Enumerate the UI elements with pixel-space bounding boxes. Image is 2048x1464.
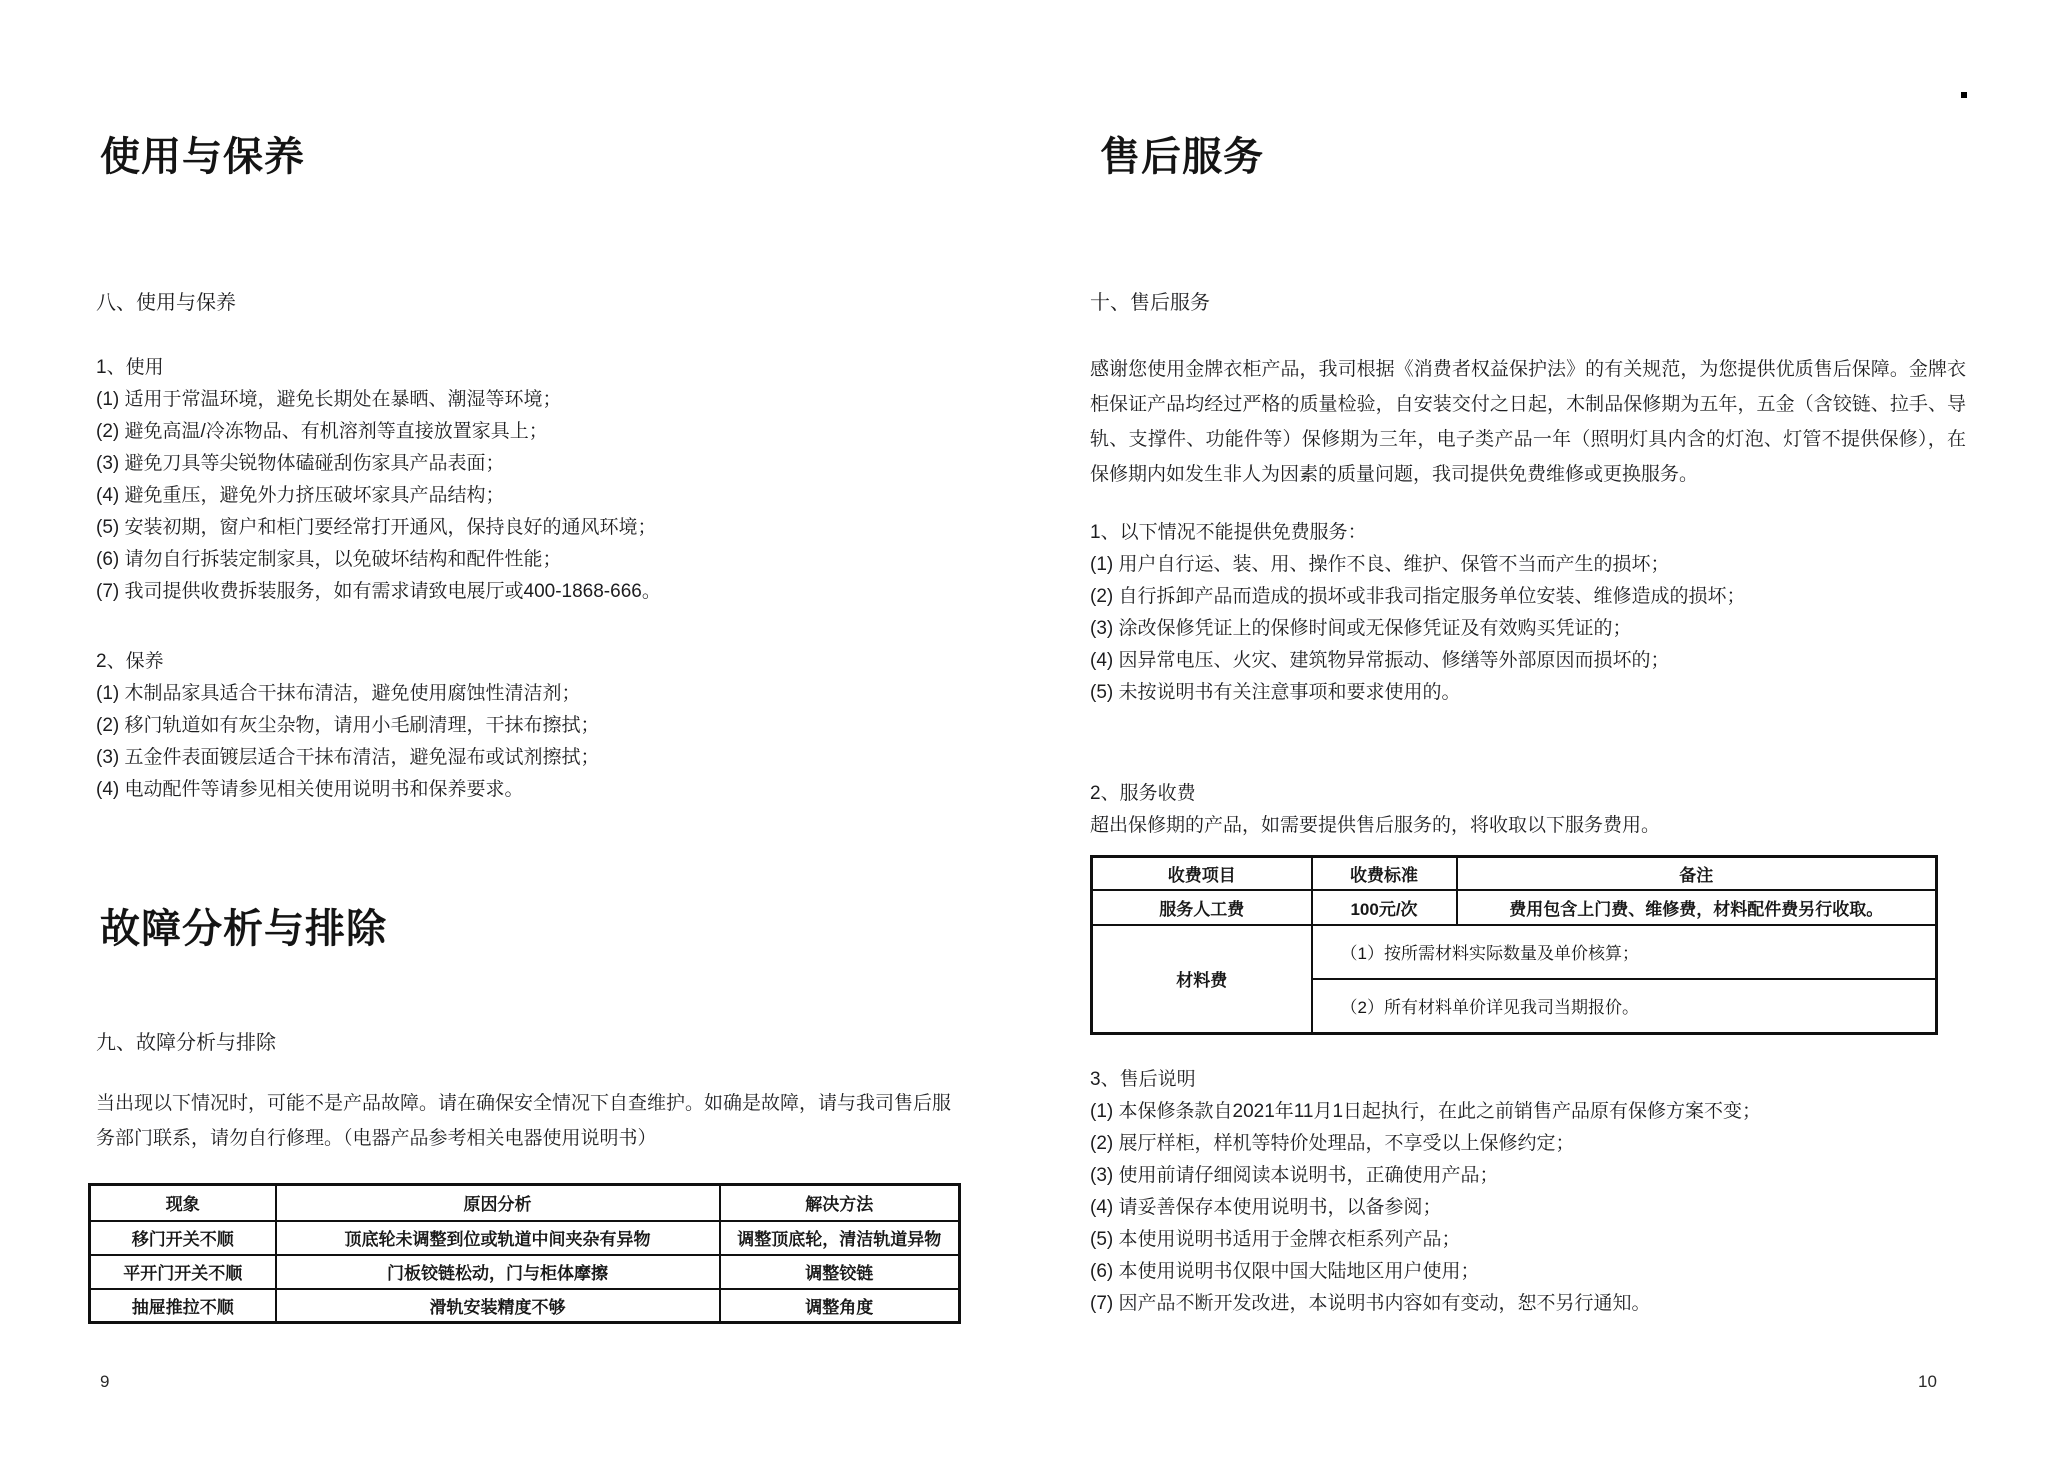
table-row: 服务人工费 100元/次 费用包含上门费、维修费，材料配件费另行收取。 [1092, 890, 1937, 925]
after-sales-notes-list: 3、售后说明 (1) 本保修条款自2021年11月1日起执行，在此之前销售产品原… [1090, 1064, 2010, 1320]
list-item: (4) 电动配件等请参见相关使用说明书和保养要求。 [96, 774, 996, 806]
manual-spread: 使用与保养 八、使用与保养 1、使用 (1) 适用于常温环境，避免长期处在暴晒、… [0, 0, 2048, 1464]
fault-table: 现象 原因分析 解决方法 移门开关不顺 顶底轮未调整到位或轨道中间夹杂有异物 调… [88, 1183, 961, 1324]
col-header-phenomenon: 现象 [90, 1185, 276, 1221]
list-item: (1) 适用于常温环境，避免长期处在暴晒、潮湿等环境； [96, 384, 996, 416]
list-item: (3) 涂改保修凭证上的保修时间或无保修凭证及有效购买凭证的； [1090, 613, 2010, 645]
table-header-row: 收费项目 收费标准 备注 [1092, 857, 1937, 890]
use-list-heading: 1、使用 [96, 352, 996, 384]
table-row: 平开门开关不顺 门板铰链松动，门与柜体摩擦 调整铰链 [90, 1255, 960, 1289]
fault-intro-paragraph: 当出现以下情况时，可能不是产品故障。请在确保安全情况下自查维护。如确是故障，请与… [96, 1086, 956, 1156]
no-free-service-heading: 1、以下情况不能提供免费服务： [1090, 517, 2010, 549]
service-fees-intro: 超出保修期的产品，如需要提供售后服务的，将收取以下服务费用。 [1090, 810, 2010, 842]
col-header-cause: 原因分析 [276, 1185, 720, 1221]
col-header-solution: 解决方法 [720, 1185, 960, 1221]
section-heading-fault: 九、故障分析与排除 [96, 1030, 276, 1056]
no-free-service-list: 1、以下情况不能提供免费服务： (1) 用户自行运、装、用、操作不良、维护、保管… [1090, 517, 2010, 709]
col-header-fee-standard: 收费标准 [1312, 857, 1457, 890]
list-item: (1) 用户自行运、装、用、操作不良、维护、保管不当而产生的损坏； [1090, 549, 2010, 581]
list-item: (7) 我司提供收费拆装服务，如有需求请致电展厅或400-1868-666。 [96, 576, 996, 608]
page-number-right: 10 [1918, 1372, 1937, 1392]
cell-material-note: （1）按所需材料实际数量及单价核算； [1312, 925, 1937, 979]
list-item: (4) 请妥善保存本使用说明书，以备参阅； [1090, 1192, 2010, 1224]
use-list: 1、使用 (1) 适用于常温环境，避免长期处在暴晒、潮湿等环境； (2) 避免高… [96, 352, 996, 608]
list-item: (4) 因异常电压、火灾、建筑物异常振动、修缮等外部原因而损坏的； [1090, 645, 2010, 677]
list-item: (5) 本使用说明书适用于金牌衣柜系列产品； [1090, 1224, 2010, 1256]
list-item: (1) 本保修条款自2021年11月1日起执行，在此之前销售产品原有保修方案不变… [1090, 1096, 2010, 1128]
cell-phenomenon: 抽屉推拉不顺 [90, 1289, 276, 1323]
list-item: (1) 木制品家具适合干抹布清洁，避免使用腐蚀性清洁剂； [96, 678, 996, 710]
page-number-left: 9 [100, 1372, 109, 1392]
cell-solution: 调整铰链 [720, 1255, 960, 1289]
cell-solution: 调整角度 [720, 1289, 960, 1323]
list-item: (2) 展厅样柜，样机等特价处理品，不享受以上保修约定； [1090, 1128, 2010, 1160]
section-heading-use-care: 八、使用与保养 [96, 290, 236, 316]
page-title-after-sales: 售后服务 [1100, 134, 1264, 180]
cell-cause: 滑轨安装精度不够 [276, 1289, 720, 1323]
cell-phenomenon: 平开门开关不顺 [90, 1255, 276, 1289]
list-item: (5) 未按说明书有关注意事项和要求使用的。 [1090, 677, 2010, 709]
page-title-fault: 故障分析与排除 [100, 906, 387, 952]
fees-table: 收费项目 收费标准 备注 服务人工费 100元/次 费用包含上门费、维修费，材料… [1090, 855, 1938, 1035]
stray-dot [1961, 92, 1967, 98]
care-list-heading: 2、保养 [96, 646, 996, 678]
list-item: (7) 因产品不断开发改进，本说明书内容如有变动，恕不另行通知。 [1090, 1288, 2010, 1320]
list-item: (6) 请勿自行拆装定制家具，以免破坏结构和配件性能； [96, 544, 996, 576]
cell-fee-item: 服务人工费 [1092, 890, 1312, 925]
col-header-fee-item: 收费项目 [1092, 857, 1312, 890]
cell-phenomenon: 移门开关不顺 [90, 1221, 276, 1255]
section-heading-after-sales: 十、售后服务 [1090, 290, 1210, 316]
list-item: (3) 五金件表面镀层适合干抹布清洁，避免湿布或试剂擦拭； [96, 742, 996, 774]
col-header-remarks: 备注 [1457, 857, 1937, 890]
cell-remarks: 费用包含上门费、维修费，材料配件费另行收取。 [1457, 890, 1937, 925]
cell-material-note: （2）所有材料单价详见我司当期报价。 [1312, 979, 1937, 1034]
after-sales-intro-paragraph: 感谢您使用金牌衣柜产品，我司根据《消费者权益保护法》的有关规范，为您提供优质售后… [1090, 352, 1966, 492]
list-item: (5) 安装初期，窗户和柜门要经常打开通风，保持良好的通风环境； [96, 512, 996, 544]
after-sales-notes-heading: 3、售后说明 [1090, 1064, 2010, 1096]
list-item: (2) 避免高温/冷冻物品、有机溶剂等直接放置家具上； [96, 416, 996, 448]
table-row: 移门开关不顺 顶底轮未调整到位或轨道中间夹杂有异物 调整顶底轮，清洁轨道异物 [90, 1221, 960, 1255]
list-item: (3) 使用前请仔细阅读本说明书，正确使用产品； [1090, 1160, 2010, 1192]
cell-solution: 调整顶底轮，清洁轨道异物 [720, 1221, 960, 1255]
table-row: 抽屉推拉不顺 滑轨安装精度不够 调整角度 [90, 1289, 960, 1323]
cell-cause: 门板铰链松动，门与柜体摩擦 [276, 1255, 720, 1289]
page-title-use-care: 使用与保养 [100, 134, 305, 180]
list-item: (2) 自行拆卸产品而造成的损坏或非我司指定服务单位安装、维修造成的损坏； [1090, 581, 2010, 613]
care-list: 2、保养 (1) 木制品家具适合干抹布清洁，避免使用腐蚀性清洁剂； (2) 移门… [96, 646, 996, 806]
service-fees-block: 2、服务收费 超出保修期的产品，如需要提供售后服务的，将收取以下服务费用。 [1090, 778, 2010, 842]
cell-material-fee-label: 材料费 [1092, 925, 1312, 1034]
cell-cause: 顶底轮未调整到位或轨道中间夹杂有异物 [276, 1221, 720, 1255]
service-fees-heading: 2、服务收费 [1090, 778, 2010, 810]
list-item: (3) 避免刀具等尖锐物体磕碰刮伤家具产品表面； [96, 448, 996, 480]
table-row: 材料费 （1）按所需材料实际数量及单价核算； [1092, 925, 1937, 979]
list-item: (2) 移门轨道如有灰尘杂物，请用小毛刷清理，干抹布擦拭； [96, 710, 996, 742]
list-item: (4) 避免重压，避免外力挤压破坏家具产品结构； [96, 480, 996, 512]
cell-fee-standard: 100元/次 [1312, 890, 1457, 925]
list-item: (6) 本使用说明书仅限中国大陆地区用户使用； [1090, 1256, 2010, 1288]
table-header-row: 现象 原因分析 解决方法 [90, 1185, 960, 1221]
